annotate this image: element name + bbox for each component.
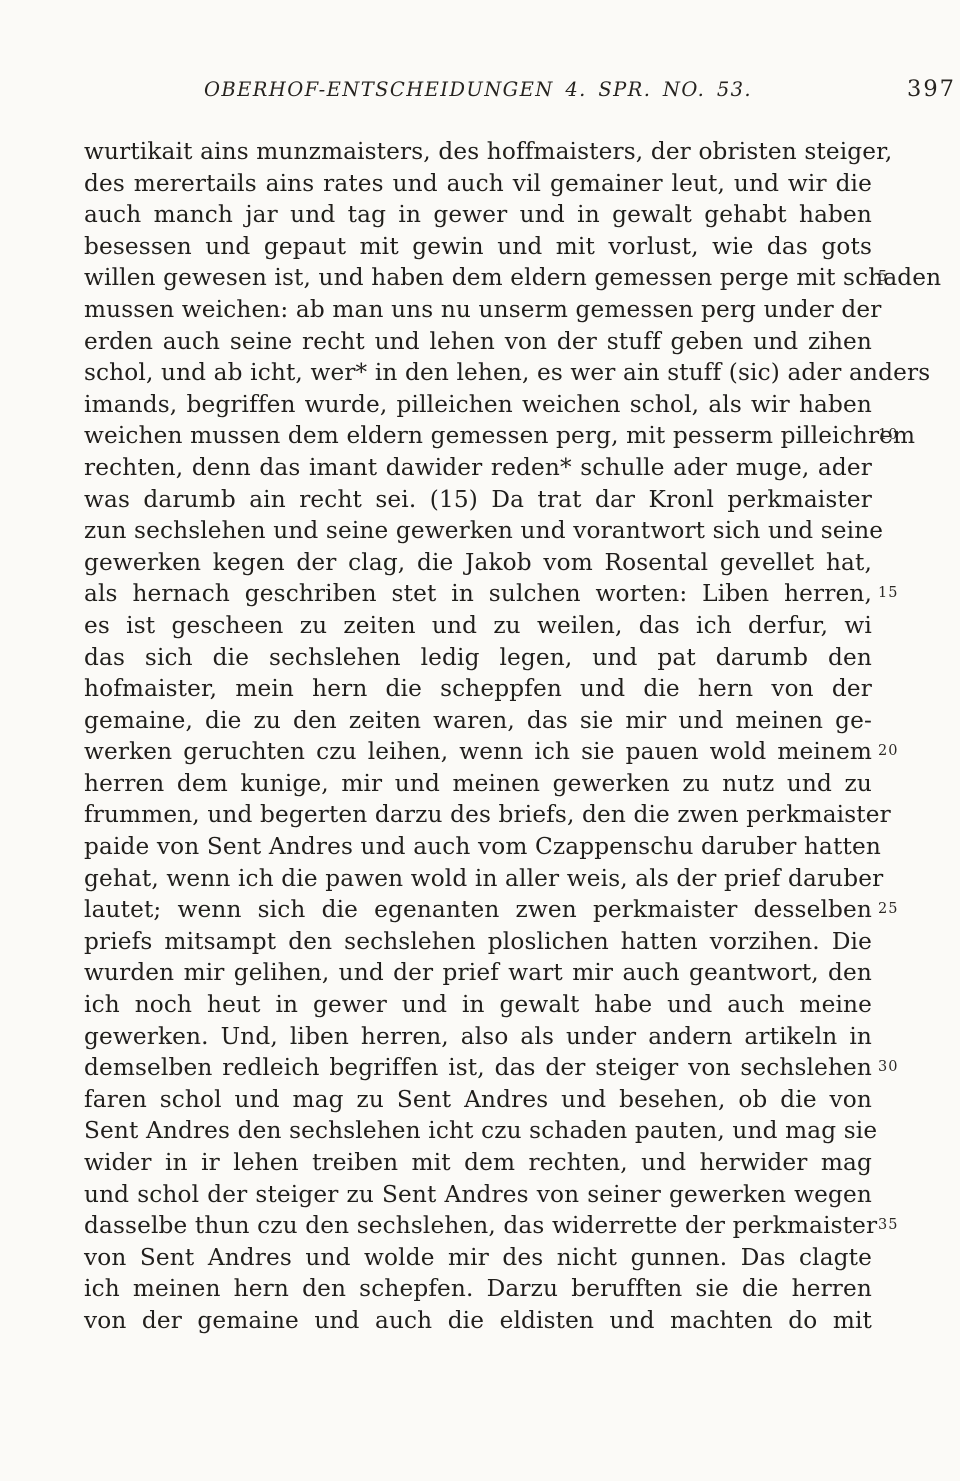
text-line: weichen mussen dem eldern gemessen perg,… [84, 420, 872, 452]
text-line: hofmaister, mein hern die scheppfen und … [84, 673, 872, 705]
text-line-content: herren dem kunige, mir und meinen gewerk… [84, 770, 872, 797]
text-line: wider in ir lehen treiben mit dem rechte… [84, 1147, 872, 1179]
line-number-marker: 25 [878, 894, 922, 926]
line-number-marker: 35 [878, 1210, 922, 1242]
text-line: des merertails ains rates und auch vil g… [84, 168, 872, 200]
line-number-marker: 20 [878, 736, 922, 768]
scanned-book-page: OBERHOF-ENTSCHEIDUNGEN 4. SPR. NO. 53. 3… [0, 0, 960, 1481]
text-line-content: faren schol und mag zu Sent Andres und b… [84, 1086, 872, 1113]
text-line-content: weichen mussen dem eldern gemessen perg,… [84, 422, 915, 449]
line-number-marker [878, 1273, 922, 1305]
text-line-content: erden auch seine recht und lehen von der… [84, 328, 872, 355]
text-line-content: ich meinen hern den schepfen. Darzu beru… [84, 1275, 872, 1302]
line-number-marker [878, 357, 922, 389]
text-line-content: Sent Andres den sechslehen icht czu scha… [84, 1117, 877, 1144]
page-header: OBERHOF-ENTSCHEIDUNGEN 4. SPR. NO. 53. 3… [84, 78, 872, 110]
line-number-marker [878, 231, 922, 263]
line-number-marker [878, 326, 922, 358]
text-line-content: dasselbe thun czu den sechslehen, das wi… [84, 1212, 877, 1239]
text-line-content: wurden mir gelihen, und der prief wart m… [84, 959, 872, 986]
text-line-content: von Sent Andres und wolde mir des nicht … [84, 1244, 872, 1271]
line-number-marker [878, 642, 922, 674]
text-line-content: wider in ir lehen treiben mit dem rechte… [84, 1149, 872, 1176]
text-line: es ist gescheen zu zeiten und zu weilen,… [84, 610, 872, 642]
line-number-marker [878, 1021, 922, 1053]
text-line: wurtikait ains munzmaisters, des hoffmai… [84, 136, 872, 168]
running-title: OBERHOF-ENTSCHEIDUNGEN 4. SPR. NO. 53. [84, 78, 872, 101]
line-number-marker [878, 768, 922, 800]
text-line-content: und schol der steiger zu Sent Andres von… [84, 1181, 872, 1208]
text-line-content: des merertails ains rates und auch vil g… [84, 170, 872, 197]
text-line-content: hofmaister, mein hern die scheppfen und … [84, 675, 872, 702]
text-line: ich meinen hern den schepfen. Darzu beru… [84, 1273, 872, 1305]
line-number-marker [878, 199, 922, 231]
text-line: und schol der steiger zu Sent Andres von… [84, 1179, 872, 1211]
line-number-marker [878, 389, 922, 421]
text-line: erden auch seine recht und lehen von der… [84, 326, 872, 358]
text-line: frummen, und begerten darzu des briefs, … [84, 799, 872, 831]
text-line: was darumb ain recht sei. (15) Da trat d… [84, 484, 872, 516]
line-number-marker [878, 957, 922, 989]
text-line-content: gewerken. Und, liben herren, also als un… [84, 1023, 872, 1050]
text-line: werken geruchten czu leihen, wenn ich si… [84, 736, 872, 768]
text-line: besessen und gepaut mit gewin und mit vo… [84, 231, 872, 263]
line-number-marker: 15 [878, 578, 922, 610]
text-line: imands, begriffen wurde, pilleichen weic… [84, 389, 872, 421]
text-line-content: gewerken kegen der clag, die Jakob vom R… [84, 549, 872, 576]
line-number-marker [878, 1147, 922, 1179]
line-number-marker [878, 1305, 922, 1337]
line-number-marker: 5 [878, 262, 922, 294]
line-number-marker [878, 799, 922, 831]
text-line: rechten, denn das imant dawider reden* s… [84, 452, 872, 484]
text-line-content: imands, begriffen wurde, pilleichen weic… [84, 391, 872, 418]
text-line: faren schol und mag zu Sent Andres und b… [84, 1084, 872, 1116]
text-line: Sent Andres den sechslehen icht czu scha… [84, 1115, 872, 1147]
text-line: paide von Sent Andres und auch vom Czapp… [84, 831, 872, 863]
text-line-content: demselben redleich begriffen ist, das de… [84, 1054, 872, 1081]
line-number-marker [878, 926, 922, 958]
text-line-content: rechten, denn das imant dawider reden* s… [84, 454, 872, 481]
text-line: von der gemaine und auch die eldisten un… [84, 1305, 872, 1337]
text-line-content: das sich die sechslehen ledig legen, und… [84, 644, 872, 671]
text-line-content: zun sechslehen und seine gewerken und vo… [84, 517, 883, 544]
text-line-content: es ist gescheen zu zeiten und zu weilen,… [84, 612, 872, 639]
text-line: mussen weichen: ab man uns nu unserm gem… [84, 294, 872, 326]
line-number-marker: 10 [878, 420, 922, 452]
line-number-marker [878, 705, 922, 737]
text-line-content: von der gemaine und auch die eldisten un… [84, 1307, 872, 1334]
text-line-content: wurtikait ains munzmaisters, des hoffmai… [84, 138, 892, 165]
body-text-block: wurtikait ains munzmaisters, des hoffmai… [84, 136, 872, 1337]
text-line: dasselbe thun czu den sechslehen, das wi… [84, 1210, 872, 1242]
line-number-marker [878, 515, 922, 547]
line-number-marker [878, 1115, 922, 1147]
page-number: 397 [844, 76, 956, 102]
text-line-content: schol, und ab icht, wer* in den lehen, e… [84, 359, 930, 386]
text-line: das sich die sechslehen ledig legen, und… [84, 642, 872, 674]
line-number-marker [878, 989, 922, 1021]
text-line: gemaine, die zu den zeiten waren, das si… [84, 705, 872, 737]
text-line-content: willen gewesen ist, und haben dem eldern… [84, 264, 941, 291]
line-number-marker [878, 136, 922, 168]
text-line-content: paide von Sent Andres und auch vom Czapp… [84, 833, 881, 860]
text-line: schol, und ab icht, wer* in den lehen, e… [84, 357, 872, 389]
text-line: lautet; wenn sich die egenanten zwen per… [84, 894, 872, 926]
text-line-content: gehat, wenn ich die pawen wold in aller … [84, 865, 883, 892]
text-line: zun sechslehen und seine gewerken und vo… [84, 515, 872, 547]
text-line-content: mussen weichen: ab man uns nu unserm gem… [84, 296, 881, 323]
text-line: auch manch jar und tag in gewer und in g… [84, 199, 872, 231]
text-line: gehat, wenn ich die pawen wold in aller … [84, 863, 872, 895]
text-line-content: priefs mitsampt den sechslehen plosliche… [84, 928, 872, 955]
text-line-content: gemaine, die zu den zeiten waren, das si… [84, 707, 872, 734]
line-number-marker [878, 1084, 922, 1116]
text-line-content: frummen, und begerten darzu des briefs, … [84, 801, 891, 828]
text-line-content: werken geruchten czu leihen, wenn ich si… [84, 738, 872, 765]
text-line-content: ich noch heut in gewer und in gewalt hab… [84, 991, 872, 1018]
line-number-marker [878, 294, 922, 326]
text-line: demselben redleich begriffen ist, das de… [84, 1052, 872, 1084]
text-line: von Sent Andres und wolde mir des nicht … [84, 1242, 872, 1274]
line-number-marker [878, 863, 922, 895]
line-number-marker [878, 452, 922, 484]
text-line-content: lautet; wenn sich die egenanten zwen per… [84, 896, 872, 923]
text-line: wurden mir gelihen, und der prief wart m… [84, 957, 872, 989]
text-line-content: besessen und gepaut mit gewin und mit vo… [84, 233, 872, 260]
line-number-marker [878, 168, 922, 200]
text-line-content: auch manch jar und tag in gewer und in g… [84, 201, 872, 228]
line-number-marker [878, 1242, 922, 1274]
text-line: herren dem kunige, mir und meinen gewerk… [84, 768, 872, 800]
text-line: gewerken. Und, liben herren, also als un… [84, 1021, 872, 1053]
line-number-marker [878, 1179, 922, 1211]
line-number-marker [878, 831, 922, 863]
text-line: priefs mitsampt den sechslehen plosliche… [84, 926, 872, 958]
line-number-marker: 30 [878, 1052, 922, 1084]
text-line: gewerken kegen der clag, die Jakob vom R… [84, 547, 872, 579]
line-number-marker [878, 610, 922, 642]
text-line: als hernach geschriben stet in sulchen w… [84, 578, 872, 610]
text-line-content: als hernach geschriben stet in sulchen w… [84, 580, 872, 607]
line-number-marker [878, 547, 922, 579]
line-number-marker [878, 484, 922, 516]
text-line-content: was darumb ain recht sei. (15) Da trat d… [84, 486, 872, 513]
line-number-marker [878, 673, 922, 705]
text-line: ich noch heut in gewer und in gewalt hab… [84, 989, 872, 1021]
text-line: willen gewesen ist, und haben dem eldern… [84, 262, 872, 294]
